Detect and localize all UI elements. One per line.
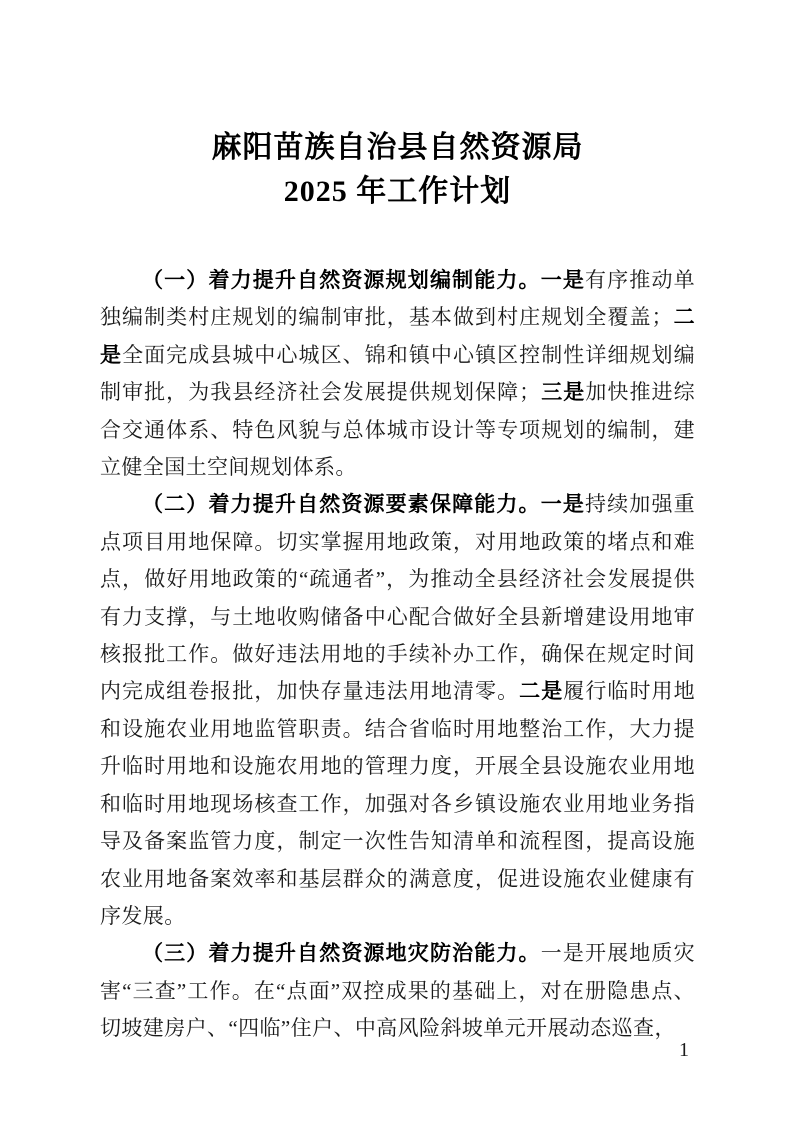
paragraph: （二）着力提升自然资源要素保障能力。一是持续加强重点项目用地保障。切实掌握用地政… [100,486,695,935]
document-body: （一）着力提升自然资源规划编制能力。一是有序推动单独编制类村庄规划的编制审批，基… [100,262,695,1048]
document-content: 麻阳苗族自治县自然资源局 2025 年工作计划 （一）着力提升自然资源规划编制能… [100,0,695,1048]
paragraph-emphasis: 二是 [519,679,563,703]
paragraph-text: 持续加强重点项目用地保障。切实掌握用地政策，对用地政策的堵点和难点，做好用地政策… [100,492,695,703]
page-number: 1 [679,1038,689,1062]
document-title-block: 麻阳苗族自治县自然资源局 2025 年工作计划 [100,0,695,214]
paragraph: （一）着力提升自然资源规划编制能力。一是有序推动单独编制类村庄规划的编制审批，基… [100,262,695,486]
paragraph-emphasis: 一是 [541,268,585,292]
document-title-line1: 麻阳苗族自治县自然资源局 [100,126,695,170]
paragraph-emphasis: 一是 [541,492,585,516]
paragraph-text: 履行临时用地和设施农业用地监管职责。结合省临时用地整治工作，大力提升临时用地和设… [100,679,695,927]
document-page: 麻阳苗族自治县自然资源局 2025 年工作计划 （一）着力提升自然资源规划编制能… [0,0,793,1122]
paragraph: （三）着力提升自然资源地灾防治能力。一是开展地质灾害“三查”工作。在“点面”双控… [100,935,695,1047]
paragraph-emphasis: 三是 [541,380,586,404]
document-title-line2: 2025 年工作计划 [100,170,695,214]
paragraph-emphasis: （二）着力提升自然资源要素保障能力。 [142,492,541,516]
paragraph-emphasis: （一）着力提升自然资源规划编制能力。 [142,268,541,292]
paragraph-emphasis: （三）着力提升自然资源地灾防治能力。 [142,941,541,965]
